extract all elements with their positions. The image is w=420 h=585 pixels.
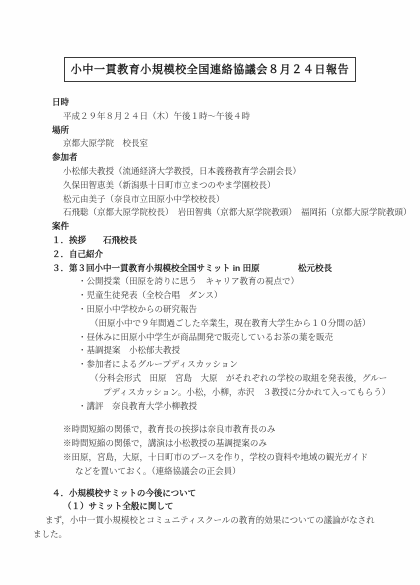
place-value: 京都大原学院 校長室 <box>33 137 387 151</box>
agenda-detail: ・参加者によるグループディスカッション <box>33 358 387 372</box>
participants-label: 参加者 <box>33 151 387 165</box>
agenda-detail-continuation: （田原小中で９年間過ごした卒業生，現在教育大学生から１０分間の話） <box>33 317 387 331</box>
spacer <box>33 479 387 487</box>
agenda-detail-continuation: （分科会形式 田原 宮島 大原 がそれぞれの学校の取組を発表後，グルー <box>33 372 387 386</box>
spacer <box>33 413 387 423</box>
agenda-item-2: ２．自己紹介 <box>33 248 387 262</box>
agenda-label: 案件 <box>33 220 387 234</box>
agenda-item-3-title: ３．第３回小中一貫教育小規模校全国サミット in 田原 <box>52 262 260 276</box>
agenda-detail: ・児童生徒発表（全校合唱 ダンス） <box>33 289 387 303</box>
place-label: 場所 <box>33 124 387 138</box>
agenda-item-4: ４．小規模校サミットの今後について <box>33 487 387 501</box>
note-line: ※時間短縮の関係で，教育長の挨拶は奈良市教育長のみ <box>33 423 387 437</box>
agenda-detail: ・公開授業（田原を誇りに思う キャリア教育の視点で） <box>33 275 387 289</box>
agenda-detail-continuation: プディスカッション。小松，小柳，赤沢 ３教授に分かれて入ってもらう） <box>33 386 387 400</box>
agenda-detail: ・基調提案 小松郁夫教授 <box>33 344 387 358</box>
title-area: 小中一貫教育小規模校全国連絡協議会８月２４日報告 <box>0 0 420 82</box>
report-body: 日時 平成２９年８月２４日（木）午後１時～午後４時 場所 京都大原学院 校長室 … <box>0 96 420 542</box>
agenda-item-4-sub1: （１）サミット全般に関して <box>33 500 387 514</box>
datetime-label: 日時 <box>33 96 387 110</box>
report-page: 小中一貫教育小規模校全国連絡協議会８月２４日報告 日時 平成２９年８月２４日（木… <box>0 0 420 585</box>
note-line-continuation: などを置いておく。（連絡協議会の正会員） <box>33 465 387 479</box>
agenda-detail: ・講評 奈良教育大学小柳教授 <box>33 400 387 414</box>
participant-line: 小松郁夫教授（流通経済大学教授，日本義務教育学会副会長） <box>33 165 387 179</box>
note-line: ※田原，宮島，大原，十日町市のブースを作り，学校の資料や地域の観光ガイド <box>33 451 387 465</box>
page-title: 小中一貫教育小規模校全国連絡協議会８月２４日報告 <box>64 57 356 82</box>
agenda-item-3-presenter: 松元校長 <box>298 262 332 276</box>
participant-line: 石飛聡（京都大原学院校長） 岩田智典（京都大原学院教頭） 福岡拓（京都大原学院教… <box>33 206 387 220</box>
agenda-item-1: １．挨拶 石飛校長 <box>33 234 387 248</box>
datetime-value: 平成２９年８月２４日（木）午後１時～午後４時 <box>33 110 387 124</box>
agenda-detail: ・田原小中学校からの研究報告 <box>33 303 387 317</box>
paragraph-line: まず，小中一貫小規模校とコミュニティスクールの教育的効果についての議論がなされ <box>33 514 387 528</box>
agenda-item-3: ３．第３回小中一貫教育小規模校全国サミット in 田原 松元校長 <box>33 262 387 276</box>
agenda-detail: ・昼休みに田原小中学生が商品開発で販売しているお茶の葉を販売 <box>33 331 387 345</box>
paragraph-line: ました。 <box>33 528 387 542</box>
participant-line: 久保田智恵美（新潟県十日町市立まつのやま学園校長） <box>33 179 387 193</box>
note-line: ※時間短縮の関係で，講演は小松教授の基調提案のみ <box>33 437 387 451</box>
participant-line: 松元由美子（奈良市立田原小中学校校長） <box>33 193 387 207</box>
